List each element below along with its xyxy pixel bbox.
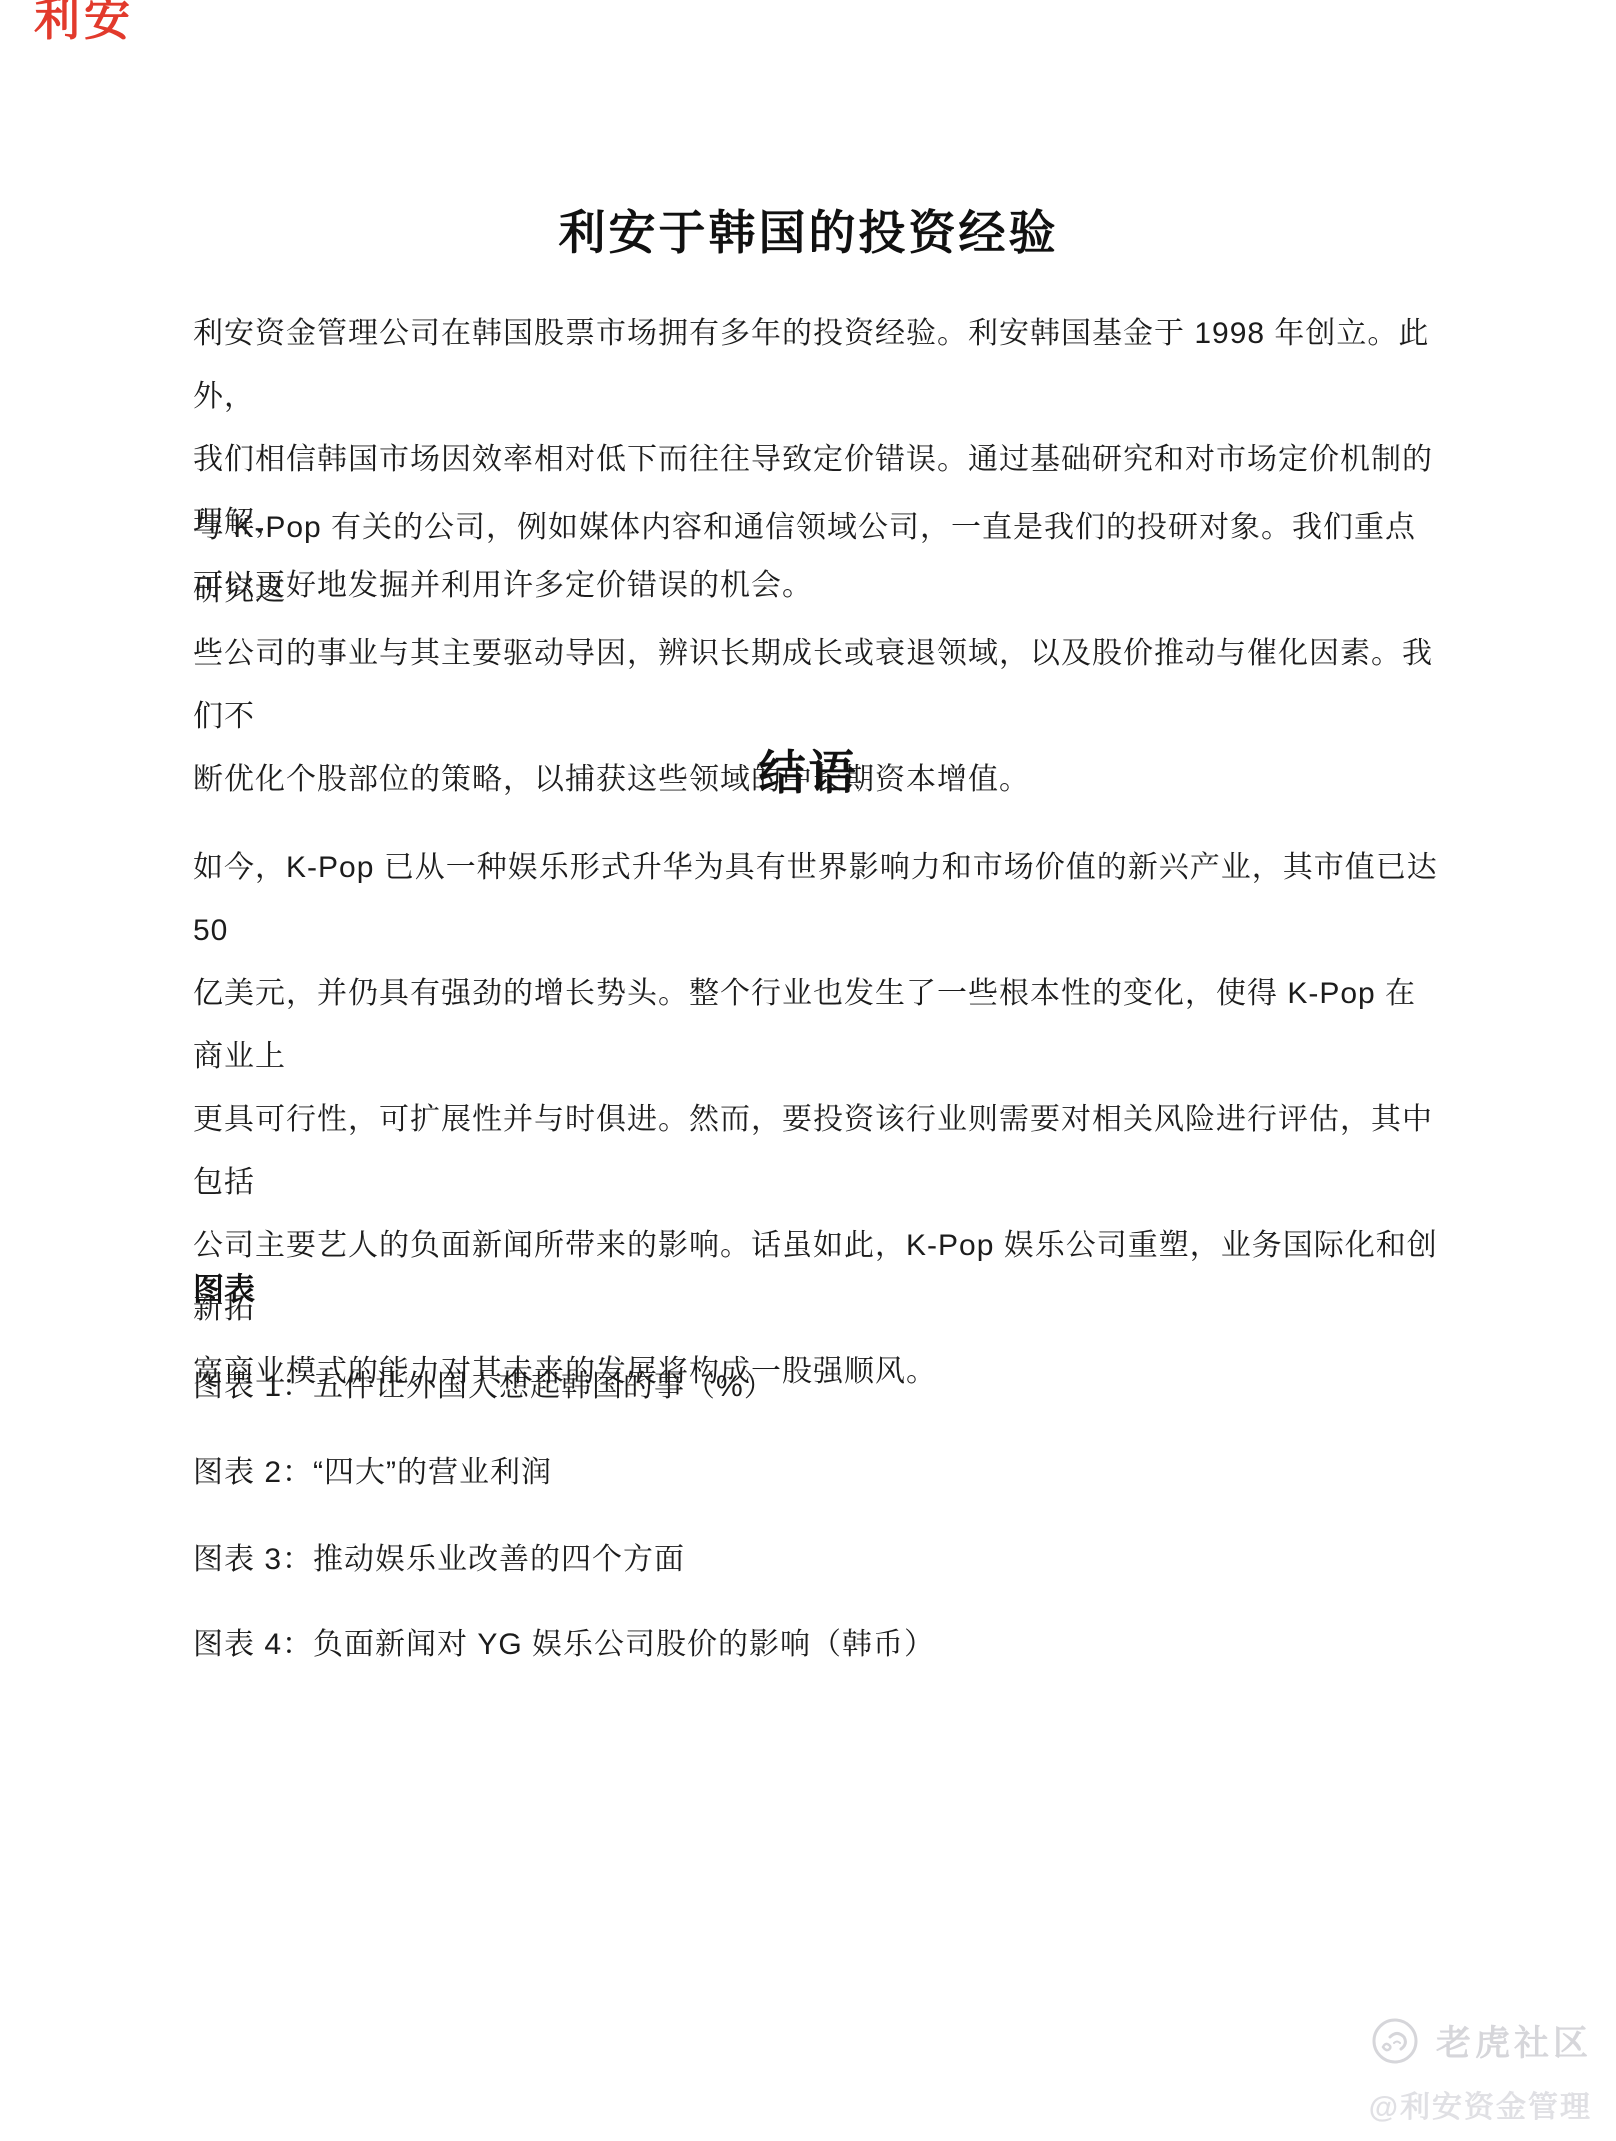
watermark-handle: @利安资金管理 [1252,2082,1592,2126]
chart-list-item: 图表 1：五件让外国人想起韩国的事（%） [193,1365,1443,1409]
paragraph-line: 些公司的事业与其主要驱动导因，辨识长期成长或衰退领域，以及股价推动与催化因素。我… [193,622,1443,748]
chart-list-item: 图表 2：“四大”的营业利润 [193,1451,1443,1495]
chart-list-item: 图表 4：负面新闻对 YG 娱乐公司股价的影响（韩币） [193,1623,1443,1667]
tiger-logo-icon [1370,2016,1420,2066]
red-stamp: 利安 [34,0,134,45]
watermark-community-name: 老虎社区 [1436,2016,1592,2066]
paragraph-line: 与 K-Pop 有关的公司，例如媒体内容和通信领域公司，一直是我们的投研对象。我… [193,496,1443,622]
watermark-brand-row: 老虎社区 [1252,2016,1592,2066]
document-page: 利安 利安于韩国的投资经验 利安资金管理公司在韩国股票市场拥有多年的投资经验。利… [0,0,1616,2141]
paragraph-line: 利安资金管理公司在韩国股票市场拥有多年的投资经验。利安韩国基金于 1998 年创… [193,302,1443,428]
paragraph-line: 亿美元，并仍具有强劲的增长势头。整个行业也发生了一些根本性的变化，使得 K-Po… [193,962,1443,1088]
charts-section-label: 图表 [193,1268,255,1312]
paragraph-line: 如今，K-Pop 已从一种娱乐形式升华为具有世界影响力和市场价值的新兴产业，其市… [193,836,1443,962]
section-heading-conclusion: 结语 [186,736,1431,803]
paragraph-3: 如今，K-Pop 已从一种娱乐形式升华为具有世界影响力和市场价值的新兴产业，其市… [193,836,1443,1403]
paragraph-line: 公司主要艺人的负面新闻所带来的影响。话虽如此，K-Pop 娱乐公司重塑，业务国际… [193,1214,1443,1340]
chart-list-item: 图表 3：推动娱乐业改善的四个方面 [193,1538,1443,1582]
page-title: 利安于韩国的投资经验 [186,196,1431,263]
paragraph-line: 更具可行性，可扩展性并与时俱进。然而，要投资该行业则需要对相关风险进行评估，其中… [193,1088,1443,1214]
watermark: 老虎社区 @利安资金管理 [1252,2016,1592,2126]
